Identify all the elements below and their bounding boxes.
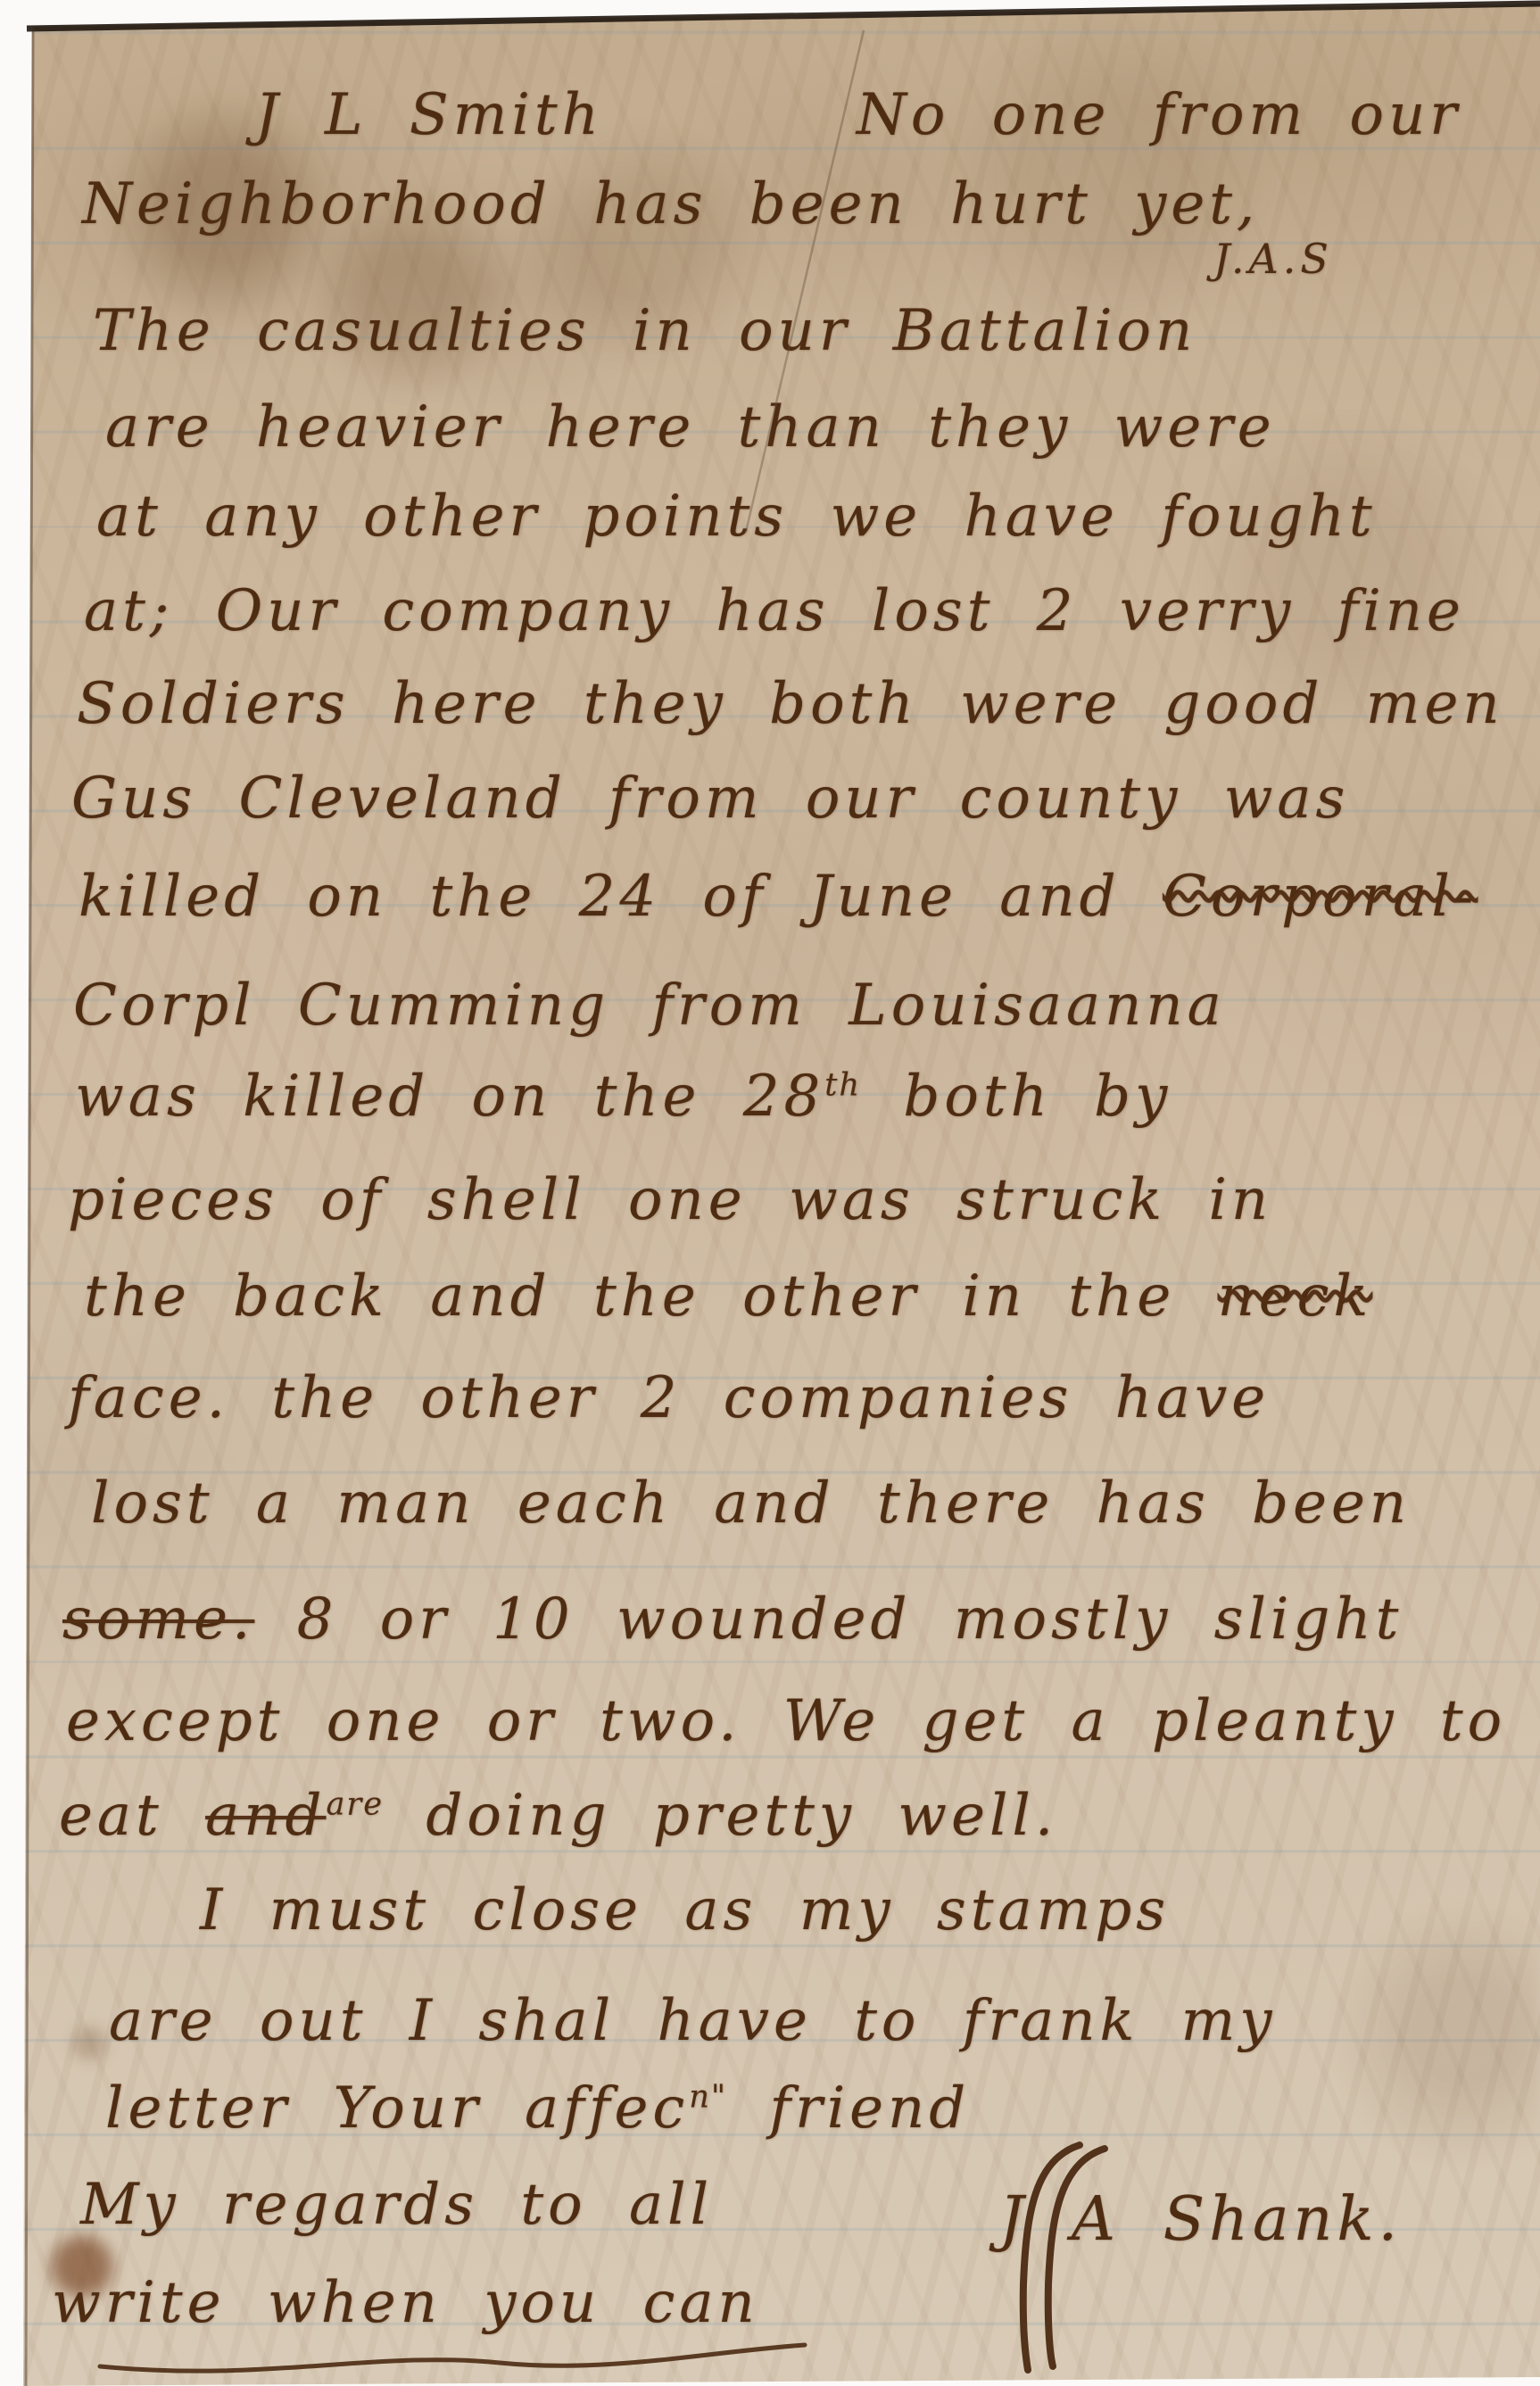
text-segment: n": [689, 2079, 727, 2116]
text-segment: both by: [861, 1064, 1172, 1130]
line-12: pieces of shell one was struck in: [68, 1171, 1272, 1230]
text-segment: doing pretty well.: [384, 1783, 1057, 1849]
line-06: at; Our company has lost 2 verry fine: [84, 582, 1465, 642]
line-15: lost a man each and there has been: [91, 1474, 1411, 1534]
line-03: The casualties in our Battalion: [93, 302, 1196, 361]
text-segment: Soldiers here they both were good men: [77, 671, 1504, 737]
text-segment: Corpl Cumming from Louisaanna: [73, 973, 1226, 1039]
line-19: I must close as my stamps: [200, 1881, 1170, 1941]
text-segment: J L Smith No one from our: [255, 82, 1461, 148]
line-07: Soldiers here they both were good men: [77, 675, 1504, 734]
text-segment: write when you can: [52, 2270, 759, 2336]
line-02: Neighborhood has been hurt yet,: [82, 175, 1259, 235]
line-14: face. the other 2 companies have: [68, 1369, 1270, 1429]
line-10: Corpl Cumming from Louisaanna: [73, 976, 1226, 1036]
text-segment: except one or two. We get a pleanty to: [66, 1688, 1506, 1754]
letter-scan: J L Smith No one from ourNeighborhood ha…: [0, 0, 1540, 2386]
text-segment: eat: [59, 1783, 205, 1849]
signature: J A Shank.: [999, 2188, 1402, 2251]
text-segment: Corporal-: [1163, 864, 1478, 930]
paper-sheet: J L Smith No one from ourNeighborhood ha…: [0, 0, 1540, 2386]
text-segment: letter Your affec: [105, 2075, 689, 2142]
text-segment: was killed on the 28: [75, 1064, 824, 1130]
text-segment: The casualties in our Battalion: [93, 298, 1196, 364]
text-segment: My regards to all: [80, 2172, 713, 2238]
line-18: eat andare doing pretty well.: [59, 1786, 1057, 1846]
text-segment: J A Shank.: [999, 2184, 1402, 2255]
text-segment: the back and the other in the: [84, 1263, 1218, 1330]
text-segment: pieces of shell one was struck in: [68, 1167, 1272, 1233]
line-09: killed on the 24 of June and Corporal-: [79, 867, 1478, 927]
text-segment: are out I shal have to frank my: [109, 1988, 1276, 2054]
text-segment: face. the other 2 companies have: [68, 1365, 1270, 1431]
line-08: Gus Cleveland from our county was: [71, 769, 1349, 829]
text-segment: th: [824, 1067, 861, 1104]
line-13: the back and the other in the neck: [84, 1267, 1372, 1327]
text-segment: are: [326, 1786, 384, 1823]
line-16: some. 8 or 10 wounded mostly slight: [62, 1590, 1403, 1650]
text-segment: 8 or 10 wounded mostly slight: [254, 1587, 1403, 1653]
text-segment: J.A.S: [1213, 235, 1333, 283]
line-21: letter Your affecn" friend: [105, 2079, 970, 2139]
text-segment: lost a man each and there has been: [91, 1471, 1411, 1537]
text-segment: some.: [62, 1587, 254, 1653]
text-segment: and: [205, 1783, 326, 1849]
letter-lines: J L Smith No one from ourNeighborhood ha…: [0, 0, 1540, 2386]
text-segment: Neighborhood has been hurt yet,: [82, 171, 1259, 237]
line-11: was killed on the 28th both by: [75, 1067, 1172, 1127]
initials: J.A.S: [1213, 237, 1333, 280]
text-segment: friend: [727, 2075, 970, 2142]
line-20: are out I shal have to frank my: [109, 1992, 1276, 2051]
text-segment: at; Our company has lost 2 verry fine: [84, 578, 1465, 644]
text-segment: I must close as my stamps: [200, 1877, 1170, 1943]
text-segment: neck: [1218, 1263, 1373, 1330]
text-segment: at any other points we have fought: [96, 484, 1377, 550]
line-05: at any other points we have fought: [96, 487, 1377, 547]
line-22: My regards to all: [80, 2175, 713, 2235]
line-04: are heavier here than they were: [105, 398, 1276, 458]
line-23: write when you can: [52, 2274, 759, 2333]
text-segment: killed on the 24 of June and: [79, 864, 1163, 930]
text-segment: are heavier here than they were: [105, 394, 1276, 460]
line-17: except one or two. We get a pleanty to: [66, 1692, 1506, 1752]
line-01: J L Smith No one from our: [255, 86, 1461, 145]
text-segment: Gus Cleveland from our county was: [71, 766, 1349, 832]
